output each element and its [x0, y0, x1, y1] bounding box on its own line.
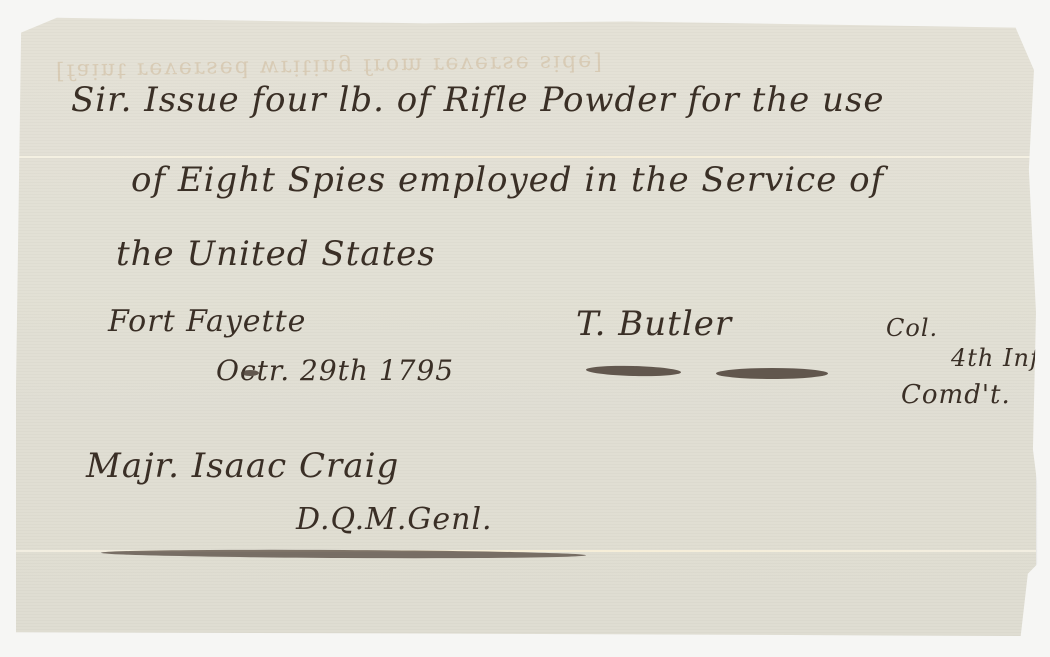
body-line-3: the United States [116, 234, 436, 274]
ink-flourish-right [716, 368, 828, 379]
addressee-title: D.Q.M.Genl. [296, 502, 493, 537]
body-line-2: of Eight Spies employed in the Service o… [131, 160, 884, 200]
ink-flourish-left [586, 365, 681, 377]
signature: T. Butler [576, 304, 732, 344]
signer-command: Comd't. [901, 380, 1011, 410]
bleed-through-text: [faint reversed writing from reverse sid… [56, 49, 604, 84]
fold-crease-top [16, 156, 1036, 158]
document-paper: [faint reversed writing from reverse sid… [16, 14, 1036, 636]
signer-regiment: 4th Inf. [951, 344, 1048, 372]
place-of-issue: Fort Fayette [108, 304, 306, 339]
scan-background: [faint reversed writing from reverse sid… [0, 0, 1050, 657]
addressee-name: Majr. Isaac Craig [86, 446, 399, 486]
signer-rank: Col. [886, 314, 938, 342]
body-line-1: Sir. Issue four lb. of Rifle Powder for … [71, 80, 885, 120]
ink-blot [241, 370, 259, 376]
